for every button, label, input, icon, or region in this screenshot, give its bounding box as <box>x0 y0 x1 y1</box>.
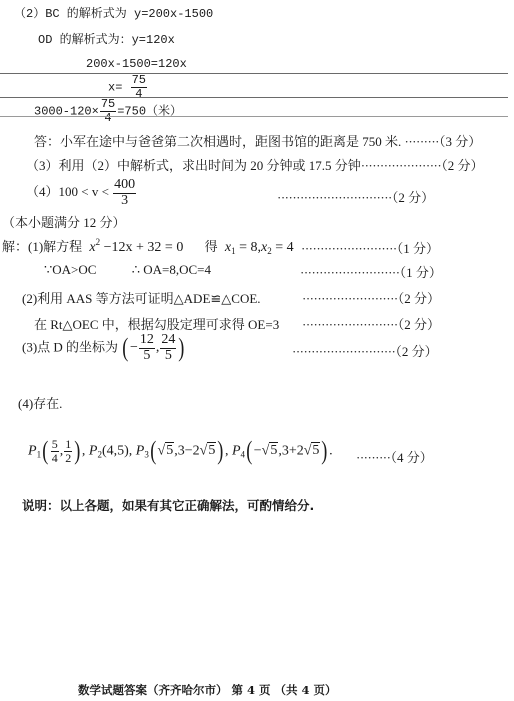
eq-rest: −12x + 32 = 0 <box>100 240 183 255</box>
q2-step2: (2)利用 AAS 等方法可证明△ADE≌△COE. <box>22 288 261 307</box>
part4-fraction: 400 3 <box>113 178 136 208</box>
numerator: 12 <box>139 333 155 349</box>
denominator: 5 <box>160 349 176 364</box>
part4-score-line: ······························（2 分） <box>277 187 434 206</box>
q2-step1b-score: ··························（1 分） <box>300 262 442 281</box>
numerator: 1 <box>64 438 72 452</box>
od-line: OD 的解析式为：y=120x <box>38 30 175 47</box>
calc-numerator: 75 <box>100 98 116 112</box>
root-val: = 8, <box>236 240 261 255</box>
score-label: （2 分） <box>395 344 437 359</box>
q2-step1b: ∵OA>OC ∴ OA=8,OC=4 <box>44 262 211 278</box>
part3-line: （3）利用（2）中解析式，求出时间为 20 分钟或 17.5 分钟·······… <box>26 155 483 174</box>
q2-step4-score: ·········（4 分） <box>356 447 433 466</box>
q2-step2-score: ·························（2 分） <box>302 288 440 307</box>
score-label: （2 分） <box>398 291 440 306</box>
root-val: = 4 <box>272 240 294 255</box>
fraction: 12 <box>64 438 72 464</box>
dot-leader: ····················· <box>361 158 441 173</box>
p-points-list: P1(54,12), P2(4,5), P3(√5,3−2√5), P4(−√5… <box>28 438 333 464</box>
calc-fraction: 754 <box>100 98 116 124</box>
score-label: （1 分） <box>400 265 442 280</box>
q2-step1-score: ·························（1 分） <box>301 238 439 257</box>
quadratic-equation: x2 −12x + 32 = 0 <box>89 240 183 255</box>
minus-sign: − <box>130 340 138 355</box>
calc-denominator: 4 <box>100 112 116 125</box>
radicand: 5 <box>311 442 320 458</box>
part4-numerator: 400 <box>113 178 136 194</box>
left-paren: ( <box>42 438 48 464</box>
dot-leader: ························· <box>301 241 397 256</box>
bc-line: （2）BC 的解析式为 y=200x-1500 <box>14 4 213 21</box>
radicand: 5 <box>207 442 216 458</box>
left-paren: ( <box>246 438 252 464</box>
point-label: P <box>28 443 37 458</box>
score-label: （2 分） <box>441 158 483 173</box>
q2-step1: 解：(1)解方程 x2 −12x + 32 = 0 得 x1 = 8,x2 = … <box>2 236 294 256</box>
sqrt-icon: √ <box>200 443 208 458</box>
full-score-note: （本小题满分 12 分） <box>2 212 126 231</box>
fraction: 54 <box>51 438 59 464</box>
score-label: （4 分） <box>390 450 432 465</box>
right-paren: ) <box>218 438 224 464</box>
point-label: P <box>232 443 241 458</box>
point-value: (4,5), <box>102 443 132 458</box>
right-paren: ) <box>179 335 185 361</box>
distance-calc: 3000-120×754=750（米） <box>34 98 182 124</box>
page-footer: 数学试题答案（齐齐哈尔市） 第 4 页 （共 4 页） <box>78 682 337 698</box>
equation-line: 200x-1500=120x <box>86 57 187 71</box>
sqrt-icon: √ <box>158 443 166 458</box>
right-paren: ) <box>75 438 81 464</box>
dot-leader: ························· <box>302 291 398 306</box>
part4-denominator: 3 <box>113 194 136 209</box>
sqrt-icon: √ <box>262 443 270 458</box>
horizontal-rule <box>0 73 508 74</box>
point-middle: ,3−2 <box>174 443 199 458</box>
q2-step3-score: ···························（2 分） <box>292 341 438 360</box>
q2-step3: (3)点 D 的坐标为 (−125,245) <box>22 333 186 363</box>
roots: x1 = 8,x2 = 4 <box>225 240 294 255</box>
point-middle: ,3+2 <box>278 443 303 458</box>
dot-leader: ········· <box>405 134 439 149</box>
step-label: 解：(1)解方程 <box>2 239 82 254</box>
score-label: （3 分） <box>439 134 481 149</box>
score-label: （2 分） <box>398 317 440 332</box>
denominator: 5 <box>139 349 155 364</box>
answer-text: 答：小军在途中与爸爸第二次相遇时，距图书馆的距离是 750 米. <box>34 134 401 149</box>
step3-text: (3)点 D 的坐标为 <box>22 339 118 354</box>
q2-step4: (4)存在. <box>18 393 62 412</box>
dot-leader: ··························· <box>292 344 395 359</box>
dot-leader: ······························ <box>277 190 392 205</box>
answer-line: 答：小军在途中与爸爸第二次相遇时，距图书馆的距离是 750 米. ·······… <box>34 131 481 150</box>
numerator: 24 <box>160 333 176 349</box>
get-label: 得 <box>205 239 218 254</box>
dot-leader: ·························· <box>300 265 400 280</box>
coord-fraction: 245 <box>160 333 176 363</box>
left-paren: ( <box>123 335 129 361</box>
grading-note: 说明：以上各题，如果有其它正确解法，可酌情给分. <box>22 496 314 514</box>
sqrt-icon: √ <box>304 443 312 458</box>
denominator: 2 <box>64 452 72 465</box>
q2-step2b-score: ·························（2 分） <box>302 314 440 333</box>
part3-text: （3）利用（2）中解析式，求出时间为 20 分钟或 17.5 分钟 <box>26 158 361 173</box>
x-numerator: 75 <box>131 74 147 88</box>
comma: , <box>156 340 160 355</box>
denominator: 4 <box>51 452 59 465</box>
radicand: 5 <box>165 442 174 458</box>
therefore-text: ∴ OA=8,OC=4 <box>132 262 211 277</box>
point-sub: 4 <box>241 449 246 459</box>
coord-fraction: 125 <box>139 333 155 363</box>
period: . <box>329 443 333 458</box>
dot-leader: ········· <box>356 450 390 465</box>
point-d-coordinates: (−125,245) <box>121 340 186 355</box>
part4-prefix: （4）100 < v < <box>26 184 109 199</box>
q2-step2b: 在 Rt△OEC 中，根据勾股定理可求得 OE=3 <box>34 314 279 333</box>
right-paren: ) <box>322 438 328 464</box>
horizontal-rule <box>0 116 508 117</box>
numerator: 5 <box>51 438 59 452</box>
radicand: 5 <box>269 442 278 458</box>
point-sub: 3 <box>144 449 149 459</box>
minus-sign: − <box>254 443 262 458</box>
x-prefix: x= <box>108 80 122 94</box>
left-paren: ( <box>150 438 156 464</box>
score-label: （1 分） <box>397 241 439 256</box>
point-sub: 1 <box>37 449 42 459</box>
dot-leader: ························· <box>302 317 398 332</box>
score-label: （2 分） <box>392 190 434 205</box>
part4-line: （4）100 < v < 400 3 <box>26 178 137 208</box>
because-text: ∵OA>OC <box>44 262 96 277</box>
